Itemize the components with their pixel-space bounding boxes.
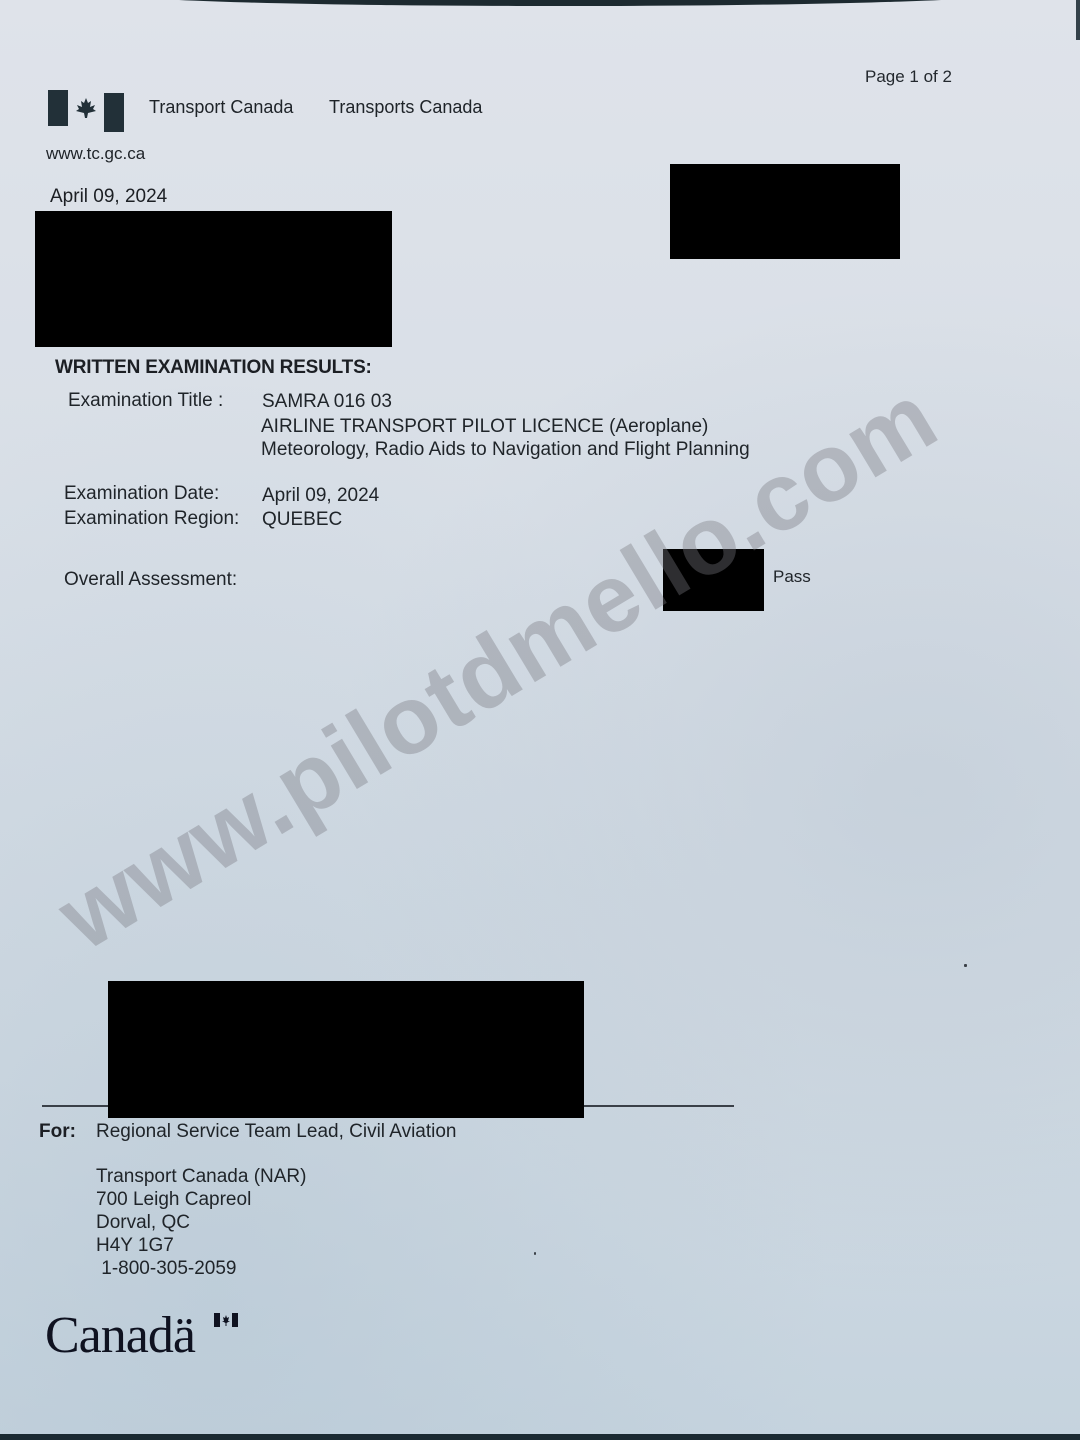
exam-licence: AIRLINE TRANSPORT PILOT LICENCE (Aeropla… [261,416,708,438]
page-indicator: Page 1 of 2 [865,67,952,87]
exam-region: QUEBEC [262,509,342,531]
exam-subjects: Meteorology, Radio Aids to Navigation an… [261,439,750,461]
redacted-file-reference [670,164,900,259]
exam-date-label: Examination Date: [64,483,219,505]
address-line: 700 Leigh Capreol [96,1189,251,1211]
overall-assessment-label: Overall Assessment: [64,569,237,591]
address-line: Dorval, QC [96,1212,190,1234]
exam-code: SAMRA 016 03 [262,391,392,413]
paper-speck [534,1252,536,1255]
exam-date: April 09, 2024 [262,485,379,507]
org-name-french: Transports Canada [329,97,482,118]
letter-date: April 09, 2024 [50,186,167,208]
canada-wordmark: Canadä [45,1306,195,1365]
exam-region-label: Examination Region: [64,508,239,530]
photo-edge-top [120,0,1000,6]
document-page: Transport Canada Transports Canada www.t… [0,0,1080,1440]
photo-edge-bottom [0,1434,1080,1440]
exam-title-label: Examination Title : [68,390,223,412]
org-name-english: Transport Canada [149,97,293,118]
photo-edge-right [1076,0,1080,40]
address-line: Transport Canada (NAR) [96,1166,306,1188]
phone-number: 1-800-305-2059 [96,1258,237,1280]
redacted-recipient-address [35,211,392,347]
section-title: WRITTEN EXAMINATION RESULTS: [55,357,372,379]
paper-speck [964,964,967,967]
canada-wordmark-flag-icon [214,1313,238,1327]
signatory-title: Regional Service Team Lead, Civil Aviati… [96,1121,457,1143]
for-label: For: [39,1121,76,1143]
canada-flag-icon [48,90,124,132]
website-url: www.tc.gc.ca [46,144,145,164]
overall-result: Pass [773,567,811,587]
redacted-signature [108,981,584,1118]
address-line: H4Y 1G7 [96,1235,174,1257]
